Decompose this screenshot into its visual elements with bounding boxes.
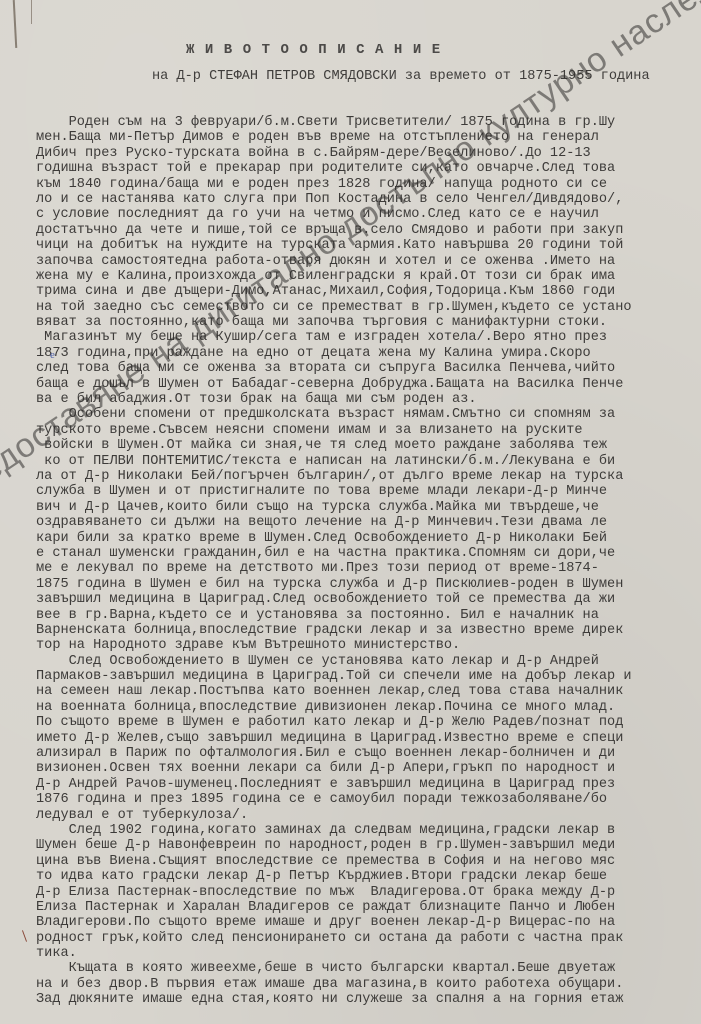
text-line: След 1902 година,когато заминах да следв… (36, 823, 701, 838)
text-line: трима сина и две дъщери-Димо,Атанас,Миха… (36, 284, 701, 299)
handwritten-annotation: е (50, 349, 55, 361)
text-line: Пармаков-завършил медицина в Цариград.То… (36, 669, 701, 684)
text-line: годишна възраст той е прекарар при родит… (36, 161, 701, 176)
text-line: Д-р Елиза Пастернак-впоследствие по мъж … (36, 885, 701, 900)
text-line: кари били за кратко време в Шумен.След О… (36, 531, 701, 546)
text-line: вее в гр.Варна,където се и установява за… (36, 608, 701, 623)
text-line: Роден съм на 3 февруари/б.м.Свети Трисве… (36, 115, 701, 130)
text-line: вич и Д-р Цачев,които били също на турск… (36, 500, 701, 515)
pen-stroke-mark (13, 0, 18, 48)
text-line: тор на Народното здраве към Вътрешното м… (36, 638, 701, 653)
text-line: започва самостоятедна работа-отваря дюкя… (36, 254, 701, 269)
text-line: Д-р Андрей Рачов-шуменец.Последният е за… (36, 777, 701, 792)
text-line: ледувал е от туберкулоза/. (36, 808, 701, 823)
text-line: цина във Виена.Същият впоследствие се пр… (36, 854, 701, 869)
text-line: По същото време в Шумен е работил като л… (36, 715, 701, 730)
margin-mark (22, 930, 27, 942)
text-line: Варненската болница,впоследствие градски… (36, 623, 701, 638)
text-line: Елиза Пастернак и Харалан Владигеров се … (36, 900, 701, 915)
text-line: на и без двор.В първия етаж имаше два ма… (36, 977, 701, 992)
text-line: турското време.Съвсем неясни спомени има… (36, 423, 701, 438)
text-line: Шумен беше Д-р Навонфевреин по народност… (36, 838, 701, 853)
text-line: жена му е Калина,произхожда от Свиленгра… (36, 269, 701, 284)
text-line: ализирал в Париж по офталмология.Бил е с… (36, 746, 701, 761)
document-body: Роден съм на 3 февруари/б.м.Свети Трисве… (36, 115, 701, 1008)
text-line: Дибич през Руско-турската война в с.Байр… (36, 146, 701, 161)
text-line: Магазинът му беше на Кушир/сега там е из… (36, 330, 701, 345)
text-line: Къщата в която живеехме,беше в чисто бъл… (36, 961, 701, 976)
text-line: 1873 година,при раждане на едно от децат… (36, 346, 701, 361)
text-line: След Освобождението в Шумен се установяв… (36, 654, 701, 669)
text-line: ла от Д-р Николаки Бей/погърчен българин… (36, 469, 701, 484)
text-line: с условие последният да го учи на четмо … (36, 207, 701, 222)
text-line: визионен.Освен тях военни лекари са били… (36, 761, 701, 776)
text-line: ме е лекувал по време на детството ми.Пр… (36, 561, 701, 576)
text-line: то идва като градски лекар Д-р Петър Кър… (36, 869, 701, 884)
text-line: на военната болница,впоследствие дивизио… (36, 700, 701, 715)
text-line: 1876 година и през 1895 година се е само… (36, 792, 701, 807)
text-line: името Д-р Желев,също завършил медицина в… (36, 731, 701, 746)
text-line: завършил медицина в Цариград.След освобо… (36, 592, 701, 607)
text-line: Владигерови.По същото време имаше и друг… (36, 915, 701, 930)
text-line: към 1840 година/баща ми е роден през 182… (36, 177, 701, 192)
text-line: ло и се настанява като слуга при Поп Кос… (36, 192, 701, 207)
text-line: Особени спомени от предшколската възраст… (36, 407, 701, 422)
text-line: оздравяването си дължи на вещото лечение… (36, 515, 701, 530)
text-line: е станал шуменски гражданин,бил е на час… (36, 546, 701, 561)
text-line: на той заедно със семеството си се преме… (36, 300, 701, 315)
text-line: ва е бил абаджия.От този брак на баща ми… (36, 392, 701, 407)
text-line: 1875 година в Шумен е бил на турска служ… (36, 577, 701, 592)
text-line: баща е дошъл в Шумен от Бабадаг-северна … (36, 377, 701, 392)
text-line: Зад дюкяните имаше една стая,която ни сл… (36, 992, 701, 1007)
pen-stroke-mark (31, 0, 32, 24)
text-line: след това баща ми се оженва за втората с… (36, 361, 701, 376)
text-line: мен.Баща ми-Петър Димов е роден във врем… (36, 130, 701, 145)
text-line: тика. (36, 946, 701, 961)
document-title: ЖИВОТООПИСАНИЕ (186, 42, 451, 58)
text-line: достатъчно да чете и пише,той се връща в… (36, 223, 701, 238)
text-line: войски в Шумен.От майка си зная,че тя сл… (36, 438, 701, 453)
text-line: служба в Шумен и от пристигналите по тов… (36, 484, 701, 499)
text-line: чици на добитък на нуждите на турската а… (36, 238, 701, 253)
text-line: вяват за постоянно,като баща ми започва … (36, 315, 701, 330)
text-line: на семеен наш лекар.Постъпва като военне… (36, 684, 701, 699)
text-line: родност грък,който след пенсионирането с… (36, 931, 701, 946)
text-line: ко от ПЕЛВИ ПОНТЕМИТИС/текста е написан … (36, 454, 701, 469)
document-page: ЖИВОТООПИСАНИЕ на Д-р СТЕФАН ПЕТРОВ СМЯД… (0, 0, 701, 1024)
document-subtitle: на Д-р СТЕФАН ПЕТРОВ СМЯДОВСКИ за времет… (152, 69, 650, 84)
